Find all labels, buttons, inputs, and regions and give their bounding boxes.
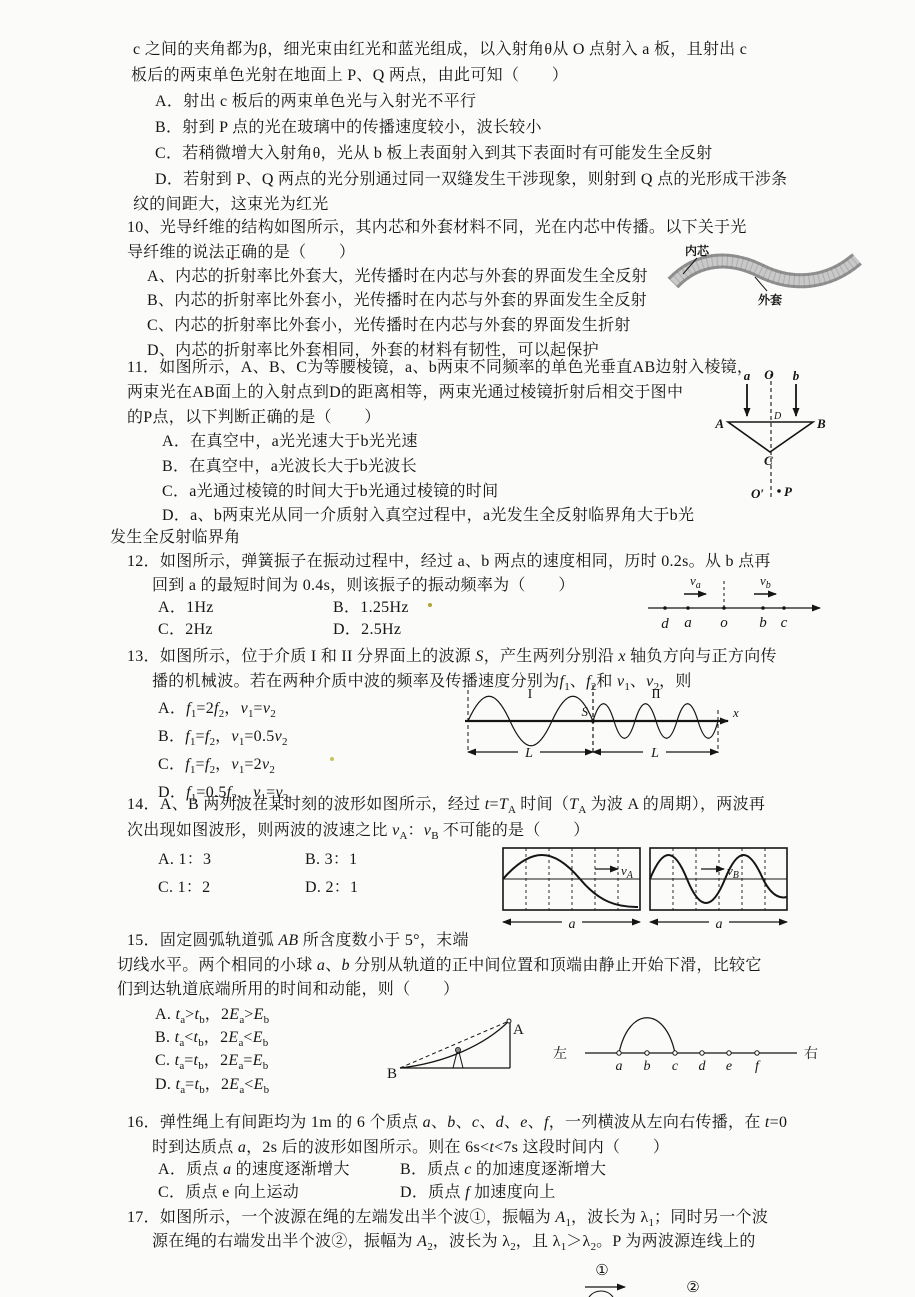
arc-point-b-label: B: [387, 1066, 397, 1082]
fiber-cladding-label: 外套: [758, 292, 782, 307]
q17-line-2: 源在绳的右端发出半个波②，振幅为 A2，波长为 λ2，且 λ1＞λ2。P 为两波…: [152, 1232, 756, 1257]
rope-left-label: 左: [553, 1046, 567, 1062]
q9-line-1: c 之间的夹角都为β，细光束由红光和蓝光组成，以入射角θ从 O 点射入 a 板，…: [133, 40, 747, 59]
length-2-label: L: [650, 746, 659, 761]
length-1-label: L: [524, 746, 533, 761]
q15-line-3: 们到达轨道底端所用的时间和动能，则（ ）: [117, 980, 459, 999]
spring-oscillator-figure: va vb d a o b c: [640, 572, 840, 636]
q14-option-d: D. 2：1: [305, 878, 358, 897]
q11-line-2: 两束光在AB面上的入射点到D的距离相等，两束光通过棱镜折射后相交于图中: [127, 383, 683, 402]
q14-option-c: C. 1：2: [158, 878, 210, 897]
q16-line-1: 16．弹性绳上有间距均为 1m 的 6 个质点 a、b、c、d、e、f，一列横波…: [127, 1113, 787, 1132]
prism-ray-b-label: b: [793, 368, 800, 383]
wave-a-panel: vA a: [503, 848, 640, 932]
particle-e-label: e: [726, 1059, 732, 1074]
q15-option-c: C. ta=tb，2Ea=Eb: [155, 1051, 268, 1076]
source-label: S: [582, 704, 589, 719]
q11-option-d-cont: 发生全反射临界角: [110, 528, 240, 547]
wave-b-velocity-label: vB: [727, 863, 739, 881]
point-b-dot: [761, 606, 765, 610]
q15-option-b: B. ta<tb，2Ea<Eb: [155, 1028, 268, 1053]
particle-b-label: b: [644, 1059, 651, 1074]
point-o-dot: [722, 606, 726, 610]
medium-2-label: II: [651, 687, 661, 702]
wave-a-velocity-label: vA: [621, 863, 634, 881]
point-d-dot: [663, 606, 667, 610]
q9-line-2: 板后的两束单色光射在地面上 P、Q 两点，由此可知（ ）: [131, 66, 568, 85]
point-o-label: o: [720, 615, 728, 631]
q9-option-a: A．射出 c 板后的两束单色光与入射光不平行: [155, 92, 476, 111]
wave-a-width-label: a: [569, 917, 576, 932]
two-pulses-figure: ① ②: [575, 1256, 735, 1297]
q13-option-a: A．f1=2f2，v1=v2: [158, 699, 276, 724]
arc-mid-ball: [455, 1047, 460, 1052]
q17-line-1: 17．如图所示，一个波源在绳的左端发出半个波①，振幅为 A1，波长为 λ1；同时…: [127, 1208, 768, 1233]
fiber-figure: 内芯 外套: [655, 243, 910, 323]
q11-option-c: C．a光通过棱镜的时间大于b光通过棱镜的时间: [162, 482, 498, 501]
prism-ray-a-label: a: [744, 368, 751, 383]
q15-line-2: 切线水平。两个相同的小球 a、b 分别从轨道的正中间位置和顶端由静止开始下滑，比…: [117, 956, 762, 975]
particle-c-label: c: [672, 1059, 679, 1074]
q14-line-1: 14．A、B 两列波在某时刻的波形如图所示，经过 t=TA 时间（TA 为波 A…: [127, 795, 765, 820]
rope-particles-figure: 左 右 a b c d e f: [545, 1008, 830, 1074]
rope-pulse-curve: [619, 1018, 675, 1053]
stray-mark-2: [330, 757, 334, 761]
pulse-1-label: ①: [595, 1261, 608, 1279]
q12-option-c: C．2Hz: [158, 620, 213, 639]
prism-figure: a O b A B C D O′ P: [700, 368, 915, 508]
q11-option-b: B．在真空中，a光波长大于b光波长: [162, 457, 417, 476]
q14-option-b: B. 3：1: [305, 850, 357, 869]
q13-line-1: 13．如图所示，位于介质 I 和 II 分界面上的波源 S，产生两列分别沿 x …: [127, 647, 777, 666]
point-c-dot: [782, 606, 786, 610]
prism-vertex-b-label: B: [816, 416, 826, 431]
q11-option-a: A．在真空中，a光光速大于b光光速: [162, 432, 418, 451]
particle-a-label: a: [616, 1059, 623, 1074]
source-dot: [591, 719, 595, 723]
q12-option-b: B．1.25Hz: [333, 598, 409, 617]
pulse-1-partial-curve: [589, 1291, 613, 1297]
exam-page: c 之间的夹角都为β，细光束由红光和蓝光组成，以入射角θ从 O 点射入 a 板，…: [0, 0, 915, 1297]
fiber-core-label: 内芯: [685, 243, 710, 258]
prism-point-d-label: D: [773, 411, 782, 422]
q10-option-c: C、内芯的折射率比外套小，光传播时在内芯与外套的界面发生折射: [147, 316, 631, 335]
q12-line-2: 回到 a 的最短时间为 0.4s，则该振子的振动频率为（ ）: [152, 576, 575, 595]
point-d-label: d: [661, 616, 669, 632]
q9-option-b: B．射到 P 点的光在玻璃中的传播速度较小，波长较小: [155, 118, 542, 137]
rope-right-label: 右: [804, 1046, 818, 1062]
q12-option-a: A．1Hz: [158, 598, 214, 617]
q12-line-1: 12．如图所示，弹簧振子在振动过程中，经过 a、b 两点的速度相同，历时 0.2…: [127, 552, 771, 571]
q16-option-c: C．质点 e 向上运动: [158, 1183, 299, 1202]
q16-option-a: A．质点 a 的速度逐渐增大: [158, 1160, 350, 1179]
q12-option-d: D．2.5Hz: [333, 620, 401, 639]
q10-line-2: 导纤维的说法正确的是（ ）: [127, 243, 355, 262]
q13-option-b: B．f1=f2，v1=0.5v2: [158, 727, 287, 752]
particle-d-label: d: [699, 1059, 707, 1074]
two-media-wave-figure: S I II x L L: [460, 685, 750, 763]
particle-f-label: f: [755, 1059, 761, 1074]
q15-line-1: 15．固定圆弧轨道弧 AB 所含度数小于 5°，末端: [127, 931, 469, 950]
stray-mark-1: [428, 603, 432, 607]
q9-option-d: D．若射到 P、Q 两点的光分别通过同一双缝发生干涉现象，则射到 Q 点的光形成…: [155, 170, 787, 189]
q14-option-a: A. 1：3: [158, 850, 211, 869]
arc-mid-marker-2: [459, 1052, 463, 1068]
velocity-b-label: vb: [760, 573, 771, 591]
q15-option-a: A. ta>tb，2Ea>Eb: [155, 1005, 269, 1030]
prism-o-label: O: [764, 367, 774, 382]
q10-line-1: 10、光导纤维的结构如图所示，其内芯和外套材料不同，光在内芯中传播。以下关于光: [127, 218, 747, 237]
x-axis-label: x: [732, 705, 739, 720]
point-b-label: b: [759, 615, 767, 631]
medium-1-label: I: [528, 687, 533, 702]
two-waves-figure: vA a vB a: [500, 845, 794, 933]
prism-point-p-dot: [777, 489, 781, 493]
q14-line-2: 次出现如图波形，则两波的波速之比 vA：vB 不可能的是（ ）: [127, 821, 590, 846]
q16-option-d: D．质点 f 加速度向上: [400, 1183, 556, 1202]
velocity-a-label: va: [690, 573, 701, 591]
prism-o-prime-label: O′: [751, 486, 764, 501]
q10-option-b: B、内芯的折射率比外套小，光传播时在内芯与外套的界面发生全反射: [147, 291, 647, 310]
point-a-label: a: [684, 615, 692, 631]
q16-option-b: B．质点 c 的加速度逐渐增大: [400, 1160, 606, 1179]
q11-line-1: 11．如图所示，A、B、C为等腰棱镜，a、b两束不同频率的单色光垂直AB边射入棱…: [127, 358, 753, 377]
q15-option-d: D. ta=tb，2Ea<Eb: [155, 1075, 269, 1100]
q10-option-a: A、内芯的折射率比外套大，光传播时在内芯与外套的界面发生全反射: [147, 267, 648, 286]
q9-option-c: C．若稍微增大入射角θ，光从 b 板上表面射入到其下表面时有可能发生全反射: [155, 144, 712, 163]
q13-option-c: C．f1=f2，v1=2v2: [158, 755, 275, 780]
prism-vertex-a-label: A: [714, 416, 724, 431]
wave-b-width-label: a: [716, 917, 723, 932]
prism-point-p-label: P: [784, 484, 793, 499]
q11-line-3: 的P点，以下判断正确的是（ ）: [127, 408, 381, 427]
arc-track-figure: A B: [385, 1012, 525, 1080]
stray-mark-3: [231, 257, 234, 260]
pulse-2-label: ②: [686, 1278, 699, 1296]
point-a-dot: [686, 606, 690, 610]
prism-vertex-c-label: C: [764, 453, 773, 468]
q11-option-d: D．a、b两束光从同一介质射入真空过程中，a光发生全反射临界角大于b光: [162, 506, 694, 525]
arc-top-ball: [507, 1019, 511, 1023]
q9-option-d-cont: 纹的间距大，这束光为红光: [133, 195, 329, 214]
q16-line-2: 时到达质点 a，2s 后的波形如图所示。则在 6s<t<7s 这段时间内（ ）: [152, 1138, 669, 1157]
arc-point-a-label: A: [513, 1022, 524, 1038]
wave-b-panel: vB a: [650, 848, 787, 932]
point-c-label: c: [781, 615, 788, 631]
